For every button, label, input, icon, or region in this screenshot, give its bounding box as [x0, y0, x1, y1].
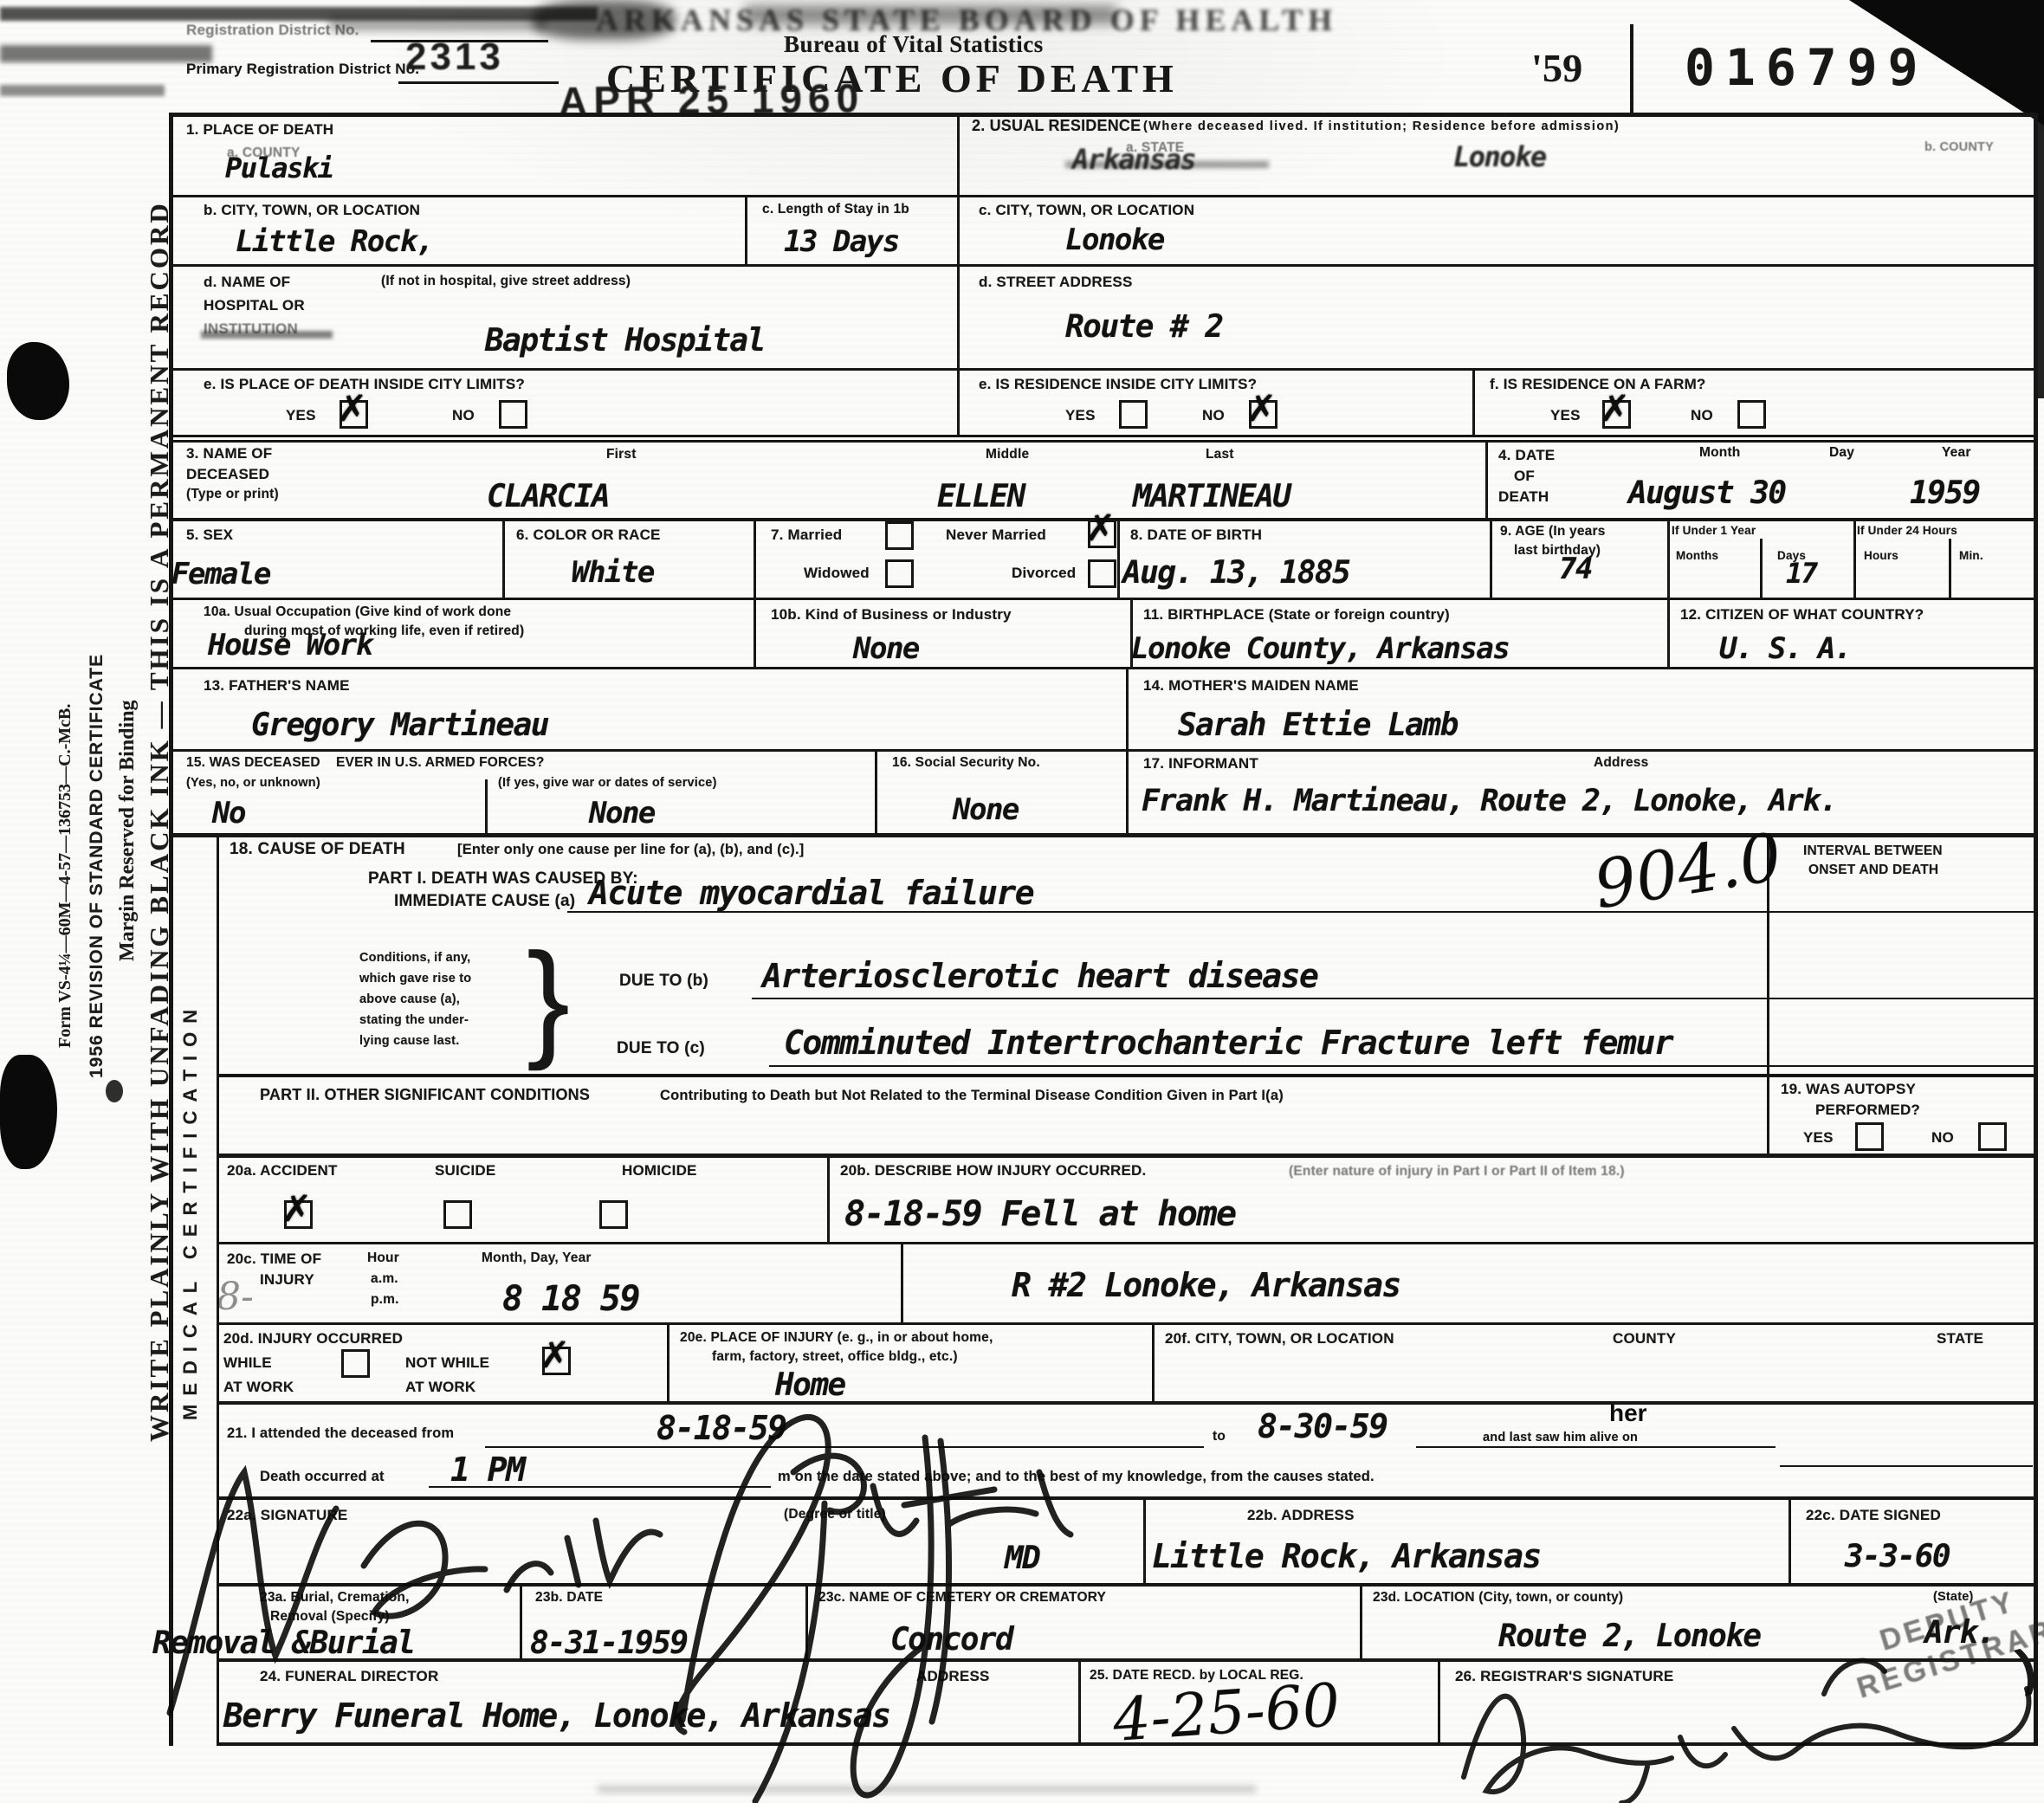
- rule: [169, 264, 2038, 267]
- cause-c-underline: [769, 1065, 2035, 1067]
- death-month-label: Month: [1699, 445, 1740, 461]
- place-county-value: Pulaski: [225, 154, 333, 182]
- rule: [169, 440, 2038, 443]
- hospital-name-label-3: INSTITUTION: [204, 320, 298, 338]
- divorced-label: Divorced: [1012, 565, 1076, 582]
- checkbox-mark: ✗: [1085, 510, 1116, 546]
- injury-state-label: STATE: [1937, 1330, 1983, 1347]
- attended-to-label: to: [1213, 1429, 1226, 1444]
- divider: [805, 1583, 808, 1658]
- residence-county-value: Lonoke: [1453, 143, 1546, 171]
- describe-injury-value: 8-18-59 Fell at home: [844, 1197, 1236, 1231]
- place-limits-yes-label: YES: [286, 407, 316, 424]
- margin-revision-note: 1956 REVISION OF STANDARD CERTIFICATE: [87, 411, 107, 1078]
- never-married-label: Never Married: [946, 527, 1046, 544]
- death-month-day-value: August 30: [1628, 478, 1786, 509]
- part2-label: PART II. OTHER SIGNIFICANT CONDITIONS: [260, 1086, 590, 1104]
- autopsy-yes-label: YES: [1803, 1129, 1834, 1147]
- divider: [827, 1154, 830, 1242]
- burial-date-value: 8-31-1959: [530, 1628, 688, 1659]
- disposition-value: Removal &Burial: [152, 1628, 415, 1659]
- divider: [1143, 1496, 1146, 1583]
- occupation-label-1: 10a. Usual Occupation (Give kind of work…: [204, 604, 511, 620]
- rule: [217, 1496, 2038, 1500]
- place-of-injury-value: Home: [775, 1370, 845, 1401]
- injury-city-label: 20f. CITY, TOWN, OR LOCATION: [1165, 1330, 1394, 1347]
- date-signed-label: 22c. DATE SIGNED: [1806, 1507, 1941, 1524]
- rule: [169, 667, 2038, 669]
- last-name-label: Last: [1206, 447, 1234, 462]
- cause-of-death-label: 18. CAUSE OF DEATH: [230, 840, 405, 859]
- months-label: Months: [1676, 549, 1718, 563]
- date-of-death-label-2: OF: [1514, 468, 1535, 485]
- residence-farm-label: f. IS RESIDENCE ON A FARM?: [1490, 376, 1706, 393]
- residence-limits-yes-checkbox: [1119, 400, 1148, 429]
- autopsy-label-1: 19. WAS AUTOPSY: [1781, 1081, 1916, 1098]
- checkbox-mark: ✗: [337, 391, 367, 427]
- ssn-value: None: [953, 795, 1019, 824]
- last-name-value: MARTINEAU: [1133, 481, 1290, 513]
- under-24-hours-label: If Under 24 Hours: [1857, 524, 1957, 538]
- rule: [169, 598, 2038, 600]
- married-label: 7. Married: [771, 527, 842, 544]
- armed-forces-label-2: EVER IN U.S. ARMED FORCES?: [336, 755, 545, 771]
- residence-city-value: Lonoke: [1065, 225, 1164, 255]
- age-value: 74: [1559, 554, 1592, 584]
- ink-blob-left-2: [0, 1055, 57, 1169]
- signature-label: 22a. SIGNATURE: [227, 1507, 347, 1524]
- checkbox-mark: ✗: [1600, 391, 1630, 427]
- rule: [217, 1583, 2038, 1587]
- hospital-name-label-1: d. NAME OF: [204, 274, 290, 291]
- divider: [1078, 1658, 1081, 1742]
- rule: [217, 1154, 2038, 1158]
- residence-street-value: Route # 2: [1065, 312, 1223, 343]
- hospital-name-hint: (If not in hospital, give street address…: [381, 274, 631, 289]
- residence-state-value: Arkansas: [1072, 145, 1195, 173]
- death-year-label: Year: [1942, 445, 1971, 461]
- ssn-label: 16. Social Security No.: [892, 755, 1040, 771]
- rule: [217, 1401, 2038, 1405]
- cause-of-death-hint: [Enter only one cause per line for (a), …: [457, 842, 804, 858]
- due-to-c-label: DUE TO (c): [617, 1039, 705, 1058]
- cemetery-value: Concord: [890, 1625, 1012, 1656]
- certificate-year: '59: [1531, 45, 1582, 92]
- death-occurred-label: Death occurred at: [260, 1469, 385, 1485]
- death-certificate-document: Form VS-4¼—60M—4-57—136753—C.-McB. 1956 …: [0, 0, 2044, 1803]
- scan-smudge-left-streak: [0, 45, 212, 62]
- residence-county-label: b. COUNTY: [1924, 140, 1994, 155]
- divider: [745, 195, 747, 264]
- minutes-label: Min.: [1959, 549, 1983, 563]
- injury-county-label: COUNTY: [1613, 1330, 1676, 1347]
- injury-hand-mark: 8-: [217, 1278, 254, 1316]
- divider: [957, 113, 960, 437]
- cause-code-handwritten: 904.0: [1589, 824, 1786, 918]
- interval-header-2: ONSET AND DEATH: [1808, 863, 1938, 878]
- not-while-label: NOT WHILE: [405, 1354, 489, 1372]
- death-day-label: Day: [1829, 445, 1854, 461]
- business-value: None: [853, 634, 919, 663]
- part2-text: Contributing to Death but Not Related to…: [660, 1088, 1284, 1104]
- informant-label: 17. INFORMANT: [1143, 755, 1258, 772]
- conditions-note-2: which gave rise to: [359, 972, 471, 986]
- date-of-birth-label: 8. DATE OF BIRTH: [1130, 527, 1262, 544]
- usual-residence-label: 2. USUAL RESIDENCE: [972, 117, 1141, 135]
- scan-smudge-left-streak2: [0, 85, 165, 96]
- suicide-label: SUICIDE: [435, 1162, 495, 1179]
- under-1-year-label: If Under 1 Year: [1672, 524, 1756, 538]
- attended-to-underline: [1416, 1446, 1776, 1448]
- divider: [1788, 1496, 1791, 1583]
- suicide-checkbox: [443, 1200, 472, 1229]
- divorced-checkbox: [1088, 559, 1116, 588]
- cemetery-location-value: Route 2, Lonoke: [1498, 1621, 1761, 1652]
- divider: [1117, 521, 1120, 598]
- divider: [1760, 539, 1763, 598]
- mother-name-value: Sarah Ettie Lamb: [1178, 710, 1458, 741]
- conditions-note-4: stating the under-: [359, 1013, 469, 1028]
- disposition-label-2: Removal (Specify): [270, 1609, 390, 1625]
- at-work-label-2: AT WORK: [405, 1379, 475, 1396]
- days-value: 17: [1786, 559, 1817, 587]
- attended-from-value: 8-18-59: [657, 1412, 786, 1444]
- divider: [1667, 521, 1670, 667]
- divider: [875, 749, 877, 833]
- time-of-injury-label-1: 20c. TIME OF: [227, 1250, 321, 1268]
- cemetery-label: 23c. NAME OF CEMETERY OR CREMATORY: [818, 1590, 1106, 1606]
- length-of-stay-value: 13 Days: [784, 227, 899, 256]
- conditions-brace: }: [527, 934, 570, 1063]
- alive-on-underline: [1780, 1465, 2033, 1467]
- margin-medical-certification-label: MEDICAL CERTIFICATION: [179, 823, 202, 1420]
- death-time-value: 1 PM: [450, 1453, 525, 1486]
- form-right-border: [2034, 113, 2038, 1746]
- hours-label: Hours: [1864, 549, 1898, 563]
- checkbox-mark: ✗: [540, 1337, 570, 1373]
- hour-label: Hour: [367, 1250, 399, 1266]
- describe-injury-hint: (Enter nature of injury in Part I or Par…: [1289, 1164, 1625, 1179]
- interval-header-1: INTERVAL BETWEEN: [1803, 843, 1943, 859]
- divider: [1485, 440, 1488, 518]
- widowed-label: Widowed: [804, 565, 870, 582]
- immediate-cause-label: IMMEDIATE CAUSE (a): [394, 892, 575, 911]
- place-city-label: b. CITY, TOWN, OR LOCATION: [204, 202, 420, 219]
- armed-forces-hint-2: (If yes, give war or dates of service): [498, 776, 717, 791]
- certificate-number-divider: [1630, 24, 1633, 113]
- divider: [1438, 1658, 1440, 1742]
- injury-occurred-label: 20d. INJURY OCCURRED: [223, 1330, 403, 1347]
- deceased-name-hint: (Type or print): [186, 487, 279, 502]
- physician-address-value: Little Rock, Arkansas: [1152, 1540, 1541, 1573]
- due-to-b-value: Arteriosclerotic heart disease: [762, 960, 1317, 992]
- birthplace-label: 11. BIRTHPLACE (State or foreign country…: [1143, 606, 1450, 624]
- residence-limits-no-label: NO: [1202, 407, 1225, 424]
- middle-name-value: ELLEN: [937, 481, 1025, 513]
- place-of-death-label: 1. PLACE OF DEATH: [186, 121, 333, 139]
- rule: [169, 195, 2038, 197]
- funeral-director-value: Berry Funeral Home, Lonoke, Arkansas: [223, 1699, 890, 1732]
- first-name-label: First: [606, 447, 637, 462]
- divider: [502, 521, 505, 598]
- checkbox-mark: ✗: [281, 1191, 312, 1227]
- rule: [169, 368, 2038, 371]
- autopsy-no-label: NO: [1931, 1129, 1954, 1147]
- residence-limits-yes-label: YES: [1065, 407, 1096, 424]
- father-name-value: Gregory Martineau: [251, 710, 548, 741]
- hospital-name-label-2: HOSPITAL OR: [204, 297, 305, 314]
- rule: [169, 749, 2038, 752]
- residence-city-label: c. CITY, TOWN, OR LOCATION: [979, 202, 1194, 219]
- divider: [485, 779, 488, 833]
- father-name-label: 13. FATHER'S NAME: [204, 677, 350, 695]
- cemetery-location-label: 23d. LOCATION (City, town, or county): [1373, 1590, 1623, 1606]
- place-of-injury-label-2: farm, factory, street, office bldg., etc…: [712, 1349, 958, 1365]
- place-of-injury-label-1: 20e. PLACE OF INJURY (e. g., in or about…: [680, 1330, 993, 1346]
- primary-district-number: 2313: [405, 38, 504, 76]
- farm-yes-label: YES: [1550, 407, 1581, 424]
- ink-blob-left-1: [7, 342, 69, 420]
- conditions-note-1: Conditions, if any,: [359, 951, 470, 966]
- checkbox-mark: ✗: [1246, 391, 1277, 427]
- homicide-label: HOMICIDE: [622, 1162, 697, 1179]
- date-received-value: 4-25-60: [1111, 1677, 1342, 1751]
- informant-address-label: Address: [1594, 755, 1648, 771]
- autopsy-label-2: PERFORMED?: [1815, 1102, 1920, 1119]
- registration-district-label: Registration District No.: [186, 22, 359, 39]
- burial-date-label: 23b. DATE: [535, 1590, 603, 1606]
- birthplace-value: Lonoke County, Arkansas: [1131, 634, 1509, 663]
- age-label-1: 9. AGE (In years: [1500, 524, 1606, 540]
- not-while-at-work-checkbox: ✗: [542, 1347, 571, 1375]
- mother-name-label: 14. MOTHER'S MAIDEN NAME: [1143, 677, 1359, 695]
- homicide-checkbox: [599, 1200, 628, 1229]
- divider: [1152, 1322, 1155, 1401]
- usual-residence-hint: (Where deceased lived. If institution; R…: [1143, 120, 1620, 134]
- date-of-death-label-1: 4. DATE: [1498, 447, 1555, 464]
- deceased-name-label-2: DECEASED: [186, 466, 269, 483]
- divider: [1853, 521, 1856, 598]
- race-value: White: [572, 558, 654, 587]
- occupation-value: House Work: [208, 630, 372, 660]
- causes-stated-text: m on the date stated above; and to the b…: [778, 1469, 1375, 1485]
- rule: [217, 1074, 2038, 1077]
- accident-label: 20a. ACCIDENT: [227, 1162, 338, 1179]
- attended-label: 21. I attended the deceased from: [227, 1425, 454, 1442]
- length-of-stay-label: c. Length of Stay in 1b: [762, 202, 909, 217]
- funeral-address-label: ADDRESS: [916, 1668, 990, 1685]
- date-signed-value: 3-3-60: [1845, 1541, 1950, 1573]
- divider: [901, 1242, 903, 1322]
- divider: [520, 1583, 522, 1658]
- scan-smudge-header-bar: [329, 17, 546, 31]
- business-label: 10b. Kind of Business or Industry: [771, 606, 1012, 624]
- injury-location-value: R #2 Lonoke, Arkansas: [1012, 1269, 1400, 1302]
- rule: [217, 1658, 2038, 1662]
- deceased-name-label-1: 3. NAME OF: [186, 445, 272, 462]
- hospital-name-value: Baptist Hospital: [485, 326, 765, 357]
- margin-binding-note: Margin Reserved for Binding: [116, 442, 139, 961]
- her-handwritten: her: [1609, 1401, 1647, 1425]
- accident-checkbox: ✗: [284, 1200, 313, 1229]
- divider: [1472, 368, 1475, 437]
- farm-no-checkbox: [1737, 400, 1766, 429]
- primary-district-line: [398, 81, 559, 84]
- autopsy-no-checkbox: [1978, 1122, 2007, 1151]
- margin-form-number: Form VS-4¼—60M—4-57—136753—C.-McB.: [55, 511, 75, 1048]
- registrar-signature-label: 26. REGISTRAR'S SIGNATURE: [1455, 1668, 1673, 1685]
- first-name-value: CLARCIA: [487, 481, 609, 513]
- citizen-label: 12. CITIZEN OF WHAT COUNTRY?: [1680, 606, 1924, 624]
- middle-name-label: Middle: [986, 447, 1029, 462]
- residence-limits-no-checkbox: ✗: [1249, 400, 1277, 429]
- divider: [754, 521, 756, 667]
- divider: [1126, 667, 1129, 833]
- last-saw-text: and last saw him alive on: [1483, 1431, 1638, 1445]
- ink-dot-left: [106, 1080, 123, 1102]
- conditions-note-3: above cause (a),: [359, 992, 460, 1007]
- citizen-value: U. S. A.: [1719, 634, 1851, 663]
- divider: [1490, 521, 1492, 598]
- married-checkbox: [885, 521, 914, 550]
- farm-no-label: NO: [1691, 407, 1713, 424]
- attended-from-underline: [485, 1446, 1204, 1448]
- describe-injury-label: 20b. DESCRIBE HOW INJURY OCCURRED.: [840, 1162, 1146, 1179]
- death-year-value: 1959: [1910, 478, 1980, 509]
- place-limits-yes-checkbox: ✗: [340, 400, 368, 429]
- autopsy-yes-checkbox: [1855, 1122, 1884, 1151]
- date-of-death-label-3: DEATH: [1498, 488, 1549, 506]
- place-limits-no-label: NO: [452, 407, 475, 424]
- divider: [1360, 1583, 1362, 1658]
- sex-label: 5. SEX: [186, 527, 233, 544]
- month-day-year-label: Month, Day, Year: [482, 1250, 592, 1266]
- certificate-number: 016799: [1685, 38, 1929, 97]
- race-label: 6. COLOR OR RACE: [516, 527, 661, 544]
- scan-smudge-bottom: [598, 1786, 1256, 1793]
- conditions-note-5: lying cause last.: [359, 1034, 459, 1049]
- disposition-label-1: 23a. Burial, Cremation,: [260, 1590, 410, 1606]
- place-city-value: Little Rock,: [236, 227, 433, 256]
- residence-street-label: d. STREET ADDRESS: [979, 274, 1133, 291]
- residence-limits-label: e. IS RESIDENCE INSIDE CITY LIMITS?: [979, 376, 1257, 393]
- divider: [1949, 539, 1951, 598]
- pm-label: p.m.: [371, 1292, 399, 1308]
- armed-forces-label-1: 15. WAS DECEASED: [186, 755, 320, 771]
- primary-district-label: Primary Registration District No.: [186, 61, 419, 78]
- farm-yes-checkbox: ✗: [1602, 400, 1631, 429]
- form-left-border: [169, 113, 173, 1746]
- time-of-injury-label-2: INJURY: [260, 1271, 314, 1289]
- place-limits-no-checkbox: [499, 400, 527, 429]
- physician-address-label: 22b. ADDRESS: [1247, 1507, 1355, 1524]
- widowed-checkbox: [885, 559, 914, 588]
- armed-forces-service-value: None: [589, 798, 655, 828]
- while-at-work-checkbox: [341, 1349, 370, 1378]
- at-work-label-1: AT WORK: [223, 1379, 294, 1396]
- armed-forces-value: No: [212, 798, 245, 828]
- rule: [217, 1322, 2038, 1325]
- funeral-director-label: 24. FUNERAL DIRECTOR: [260, 1668, 438, 1685]
- time-of-injury-value: 8 18 59: [502, 1282, 639, 1316]
- due-to-b-label: DUE TO (b): [619, 972, 708, 991]
- while-label: WHILE: [223, 1354, 272, 1372]
- rule: [169, 435, 2038, 437]
- informant-value: Frank H. Martineau, Route 2, Lonoke, Ark…: [1142, 786, 1836, 817]
- sex-value: Female: [171, 559, 270, 589]
- degree-value: MD: [1005, 1543, 1039, 1574]
- armed-forces-hint-1: (Yes, no, or unknown): [186, 776, 320, 791]
- degree-title-label: (Degree or title): [784, 1507, 886, 1522]
- date-of-birth-value: Aug. 13, 1885: [1122, 558, 1349, 589]
- divider: [667, 1322, 669, 1401]
- am-label: a.m.: [371, 1271, 398, 1287]
- rule: [217, 1242, 2038, 1244]
- attended-to-value: 8-30-59: [1258, 1410, 1387, 1443]
- due-to-c-value: Comminuted Intertrochanteric Fracture le…: [784, 1026, 1672, 1059]
- never-married-checkbox: ✗: [1088, 520, 1116, 548]
- immediate-cause-value: Acute myocardial failure: [589, 876, 1033, 909]
- cause-b-underline: [752, 998, 2035, 999]
